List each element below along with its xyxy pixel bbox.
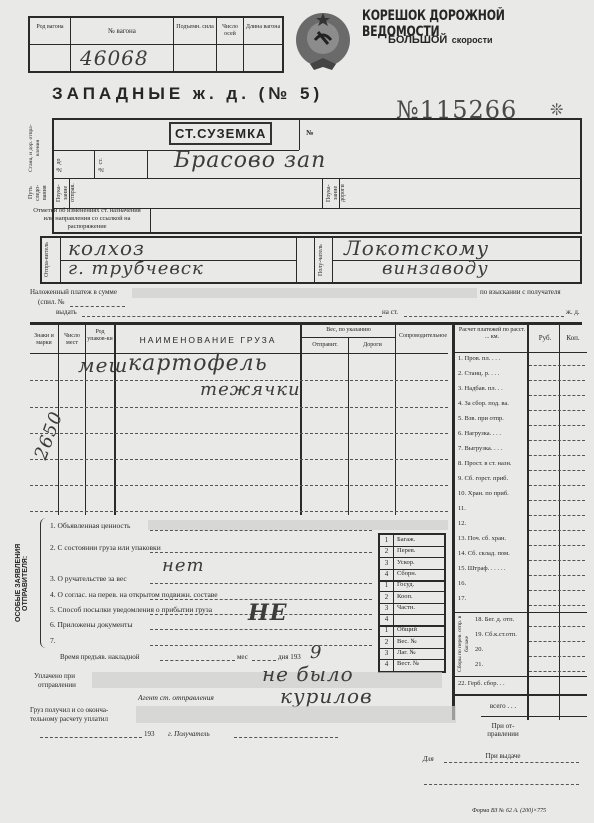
road-instruction-label: Поука-зание дороги — [326, 180, 347, 206]
path-label: Путь следо-вания — [28, 178, 49, 208]
agent-signature-2[interactable]: курилов — [280, 684, 373, 708]
asterisk-mark-icon: ❊ — [550, 100, 563, 120]
charge-amount-field[interactable] — [529, 425, 585, 426]
cargo-name-value[interactable]: картофель — [128, 351, 268, 376]
grid-row-number[interactable]: 1 — [380, 581, 393, 589]
charges-kop-header: Коп. — [561, 335, 585, 342]
charge-item-label: 7. Выгрузка. . . . — [458, 445, 502, 452]
paid-at-departure-label-1: Уплачено при — [34, 672, 75, 680]
places-header: Число мест — [59, 333, 85, 347]
recipient-label: г. Получатель — [168, 730, 210, 738]
presentation-year-value[interactable]: 9 — [310, 642, 322, 663]
baggage-fee-label: 20. — [475, 646, 483, 653]
cod-issue-label: выдать — [56, 308, 77, 316]
grid-row-number[interactable]: 3 — [380, 649, 393, 657]
wagon-number-header: № вагона — [72, 28, 172, 35]
charge-amount-field[interactable] — [529, 575, 585, 576]
receipt-year-label: 193 — [144, 730, 155, 738]
packing-header: Род упаков-ки — [86, 329, 114, 343]
charge-amount-field[interactable] — [529, 560, 585, 561]
charges-distance-header: Расчет платежей по расст. ... км. — [457, 327, 527, 341]
stamp-fee-label: 22. Герб. сбор. . . — [458, 680, 505, 687]
charge-amount-field[interactable] — [529, 530, 585, 531]
charge-item-label: 16. — [458, 580, 466, 587]
grid-row-number[interactable]: 4 — [380, 660, 393, 668]
document-subtitle: БОЛЬШОЙ скорости — [388, 30, 493, 48]
charge-item-label: 14. Сб. склад. пом. — [458, 550, 510, 557]
grid-row-label: Перев. — [397, 547, 415, 554]
paid-at-departure-label-2: отправлении — [38, 681, 76, 689]
grid-row-number[interactable]: 3 — [380, 604, 393, 612]
wagon-table: Род вагона № вагона Подъемн. сила Число … — [28, 16, 284, 73]
special-declaration-field[interactable] — [150, 530, 372, 531]
grid-row-label: Ускор. — [397, 559, 415, 566]
presentation-month-label: мес — [237, 653, 248, 661]
special-declaration-item: 3. О ручательстве за вес — [50, 574, 127, 583]
final-payment-field[interactable] — [136, 706, 456, 723]
receiver-label: Полу-чатель — [318, 240, 325, 280]
charge-item-label: 8. Прост. в ст. назн. — [458, 460, 512, 467]
charge-item-label: 9. Сб. горст. приб. — [458, 475, 508, 482]
charge-amount-field[interactable] — [529, 671, 585, 672]
charge-amount-field[interactable] — [529, 365, 585, 366]
sender-receiver-block: Отпра-витель Полу-чатель колхоз г. трубч… — [40, 236, 582, 284]
charge-amount-field[interactable] — [529, 545, 585, 546]
special-declaration-item: 5. Способ посылки уведомления о прибытии… — [50, 605, 212, 614]
grid-row-number[interactable]: 3 — [380, 559, 393, 567]
wagon-type-header: Род вагона — [32, 24, 68, 31]
charge-item-label: 10. Хран. по приб. — [458, 490, 509, 497]
cargo-name-header: НАИМЕНОВАНИЕ ГРУЗА — [116, 335, 300, 345]
charges-rub-header: Руб. — [531, 335, 559, 342]
charge-amount-field[interactable] — [529, 395, 585, 396]
charge-amount-field[interactable] — [529, 641, 585, 642]
charge-amount-field[interactable] — [529, 440, 585, 441]
receiver-address[interactable]: винзаводу — [382, 258, 489, 279]
cod-collect-label: по взыскании с получателя — [480, 288, 561, 296]
weight-sender-header: Отправит. — [302, 342, 348, 349]
cargo-table: Знаки и марки Число мест Род упаков-ки Н… — [30, 325, 450, 515]
charge-amount-field[interactable] — [529, 626, 585, 627]
charge-amount-field[interactable] — [529, 455, 585, 456]
charge-item-label: 3. Надбав. пл. . . — [458, 385, 503, 392]
cod-railway-label: ж. д. — [566, 308, 580, 316]
grid-row-label: Вест. № — [397, 660, 419, 667]
received-label-1: Груз получил и со оконча- — [30, 706, 108, 714]
agent-signature-1[interactable]: не было — [262, 662, 354, 686]
grid-row-number[interactable]: 1 — [380, 536, 393, 544]
charge-item-label: 13. Поч. сб. хран. — [458, 535, 506, 542]
grid-row-number[interactable]: 2 — [380, 593, 393, 601]
sender-address[interactable]: г. трубчевск — [68, 258, 204, 279]
grid-row-label: Общий — [397, 626, 417, 633]
charge-item-label: 17. — [458, 595, 466, 602]
special-declarations-label: ОСОБЫЕ ЗАЯВЛЕНИЯ ОТПРАВИТЕЛЯ: — [15, 518, 29, 648]
charge-amount-field[interactable] — [529, 485, 585, 486]
grid-row-label: Лаг. № — [397, 649, 416, 656]
special-declaration-item: 4. О соглас. на перев. на открытом подви… — [50, 590, 218, 599]
station-number-label: № — [306, 128, 314, 137]
special-declaration-item: 7. — [50, 636, 56, 645]
charge-amount-field[interactable] — [529, 500, 585, 501]
cod-amount-label: Наложенный платеж в сумме — [30, 288, 117, 296]
charge-item-label: 6. Нагрузка. . . . — [458, 430, 501, 437]
charge-item-label: 1. Пров. пл. . . . — [458, 355, 500, 362]
subtitle-bold: БОЛЬШОЙ — [388, 34, 447, 46]
grid-row-label: Багаж. — [397, 536, 415, 543]
cargo-packing-value[interactable]: меш — [78, 353, 128, 377]
baggage-fee-label: 18. Бег. д. отп. — [475, 616, 514, 623]
sender-label: Отпра-витель — [44, 240, 51, 280]
axle-count-header: Число осей — [217, 24, 243, 38]
grid-row-number[interactable]: 4 — [380, 615, 393, 623]
charge-item-label: 15. Штраф. . . . . . — [458, 565, 505, 572]
charge-amount-field[interactable] — [529, 410, 585, 411]
route-changes-label: Отметки об изменениях ст. назначения или… — [28, 207, 146, 231]
special-declaration-field[interactable] — [150, 583, 372, 584]
marks-header: Знаки и марки — [30, 333, 58, 347]
grid-row-label: Госуд. — [397, 581, 414, 588]
lifting-capacity-header: Подъемн. сила — [175, 24, 215, 31]
special-declaration-field[interactable] — [150, 645, 372, 646]
special-declaration-field[interactable] — [150, 629, 372, 630]
presentation-day-label: дня 193 — [278, 653, 301, 661]
dest-no-label: № до — [56, 154, 63, 176]
sender-name[interactable]: колхоз — [68, 236, 145, 260]
cargo-name-value-2[interactable]: тежячки — [200, 379, 301, 400]
baggage-fees-label: Сборы по перев. отпр. в багаже — [457, 614, 471, 674]
margin-note[interactable]: 2650 — [31, 409, 68, 463]
grid-row-number[interactable]: 4 — [380, 570, 393, 578]
charge-amount-field[interactable] — [529, 470, 585, 471]
destination-station[interactable]: Брасово зап — [174, 148, 326, 173]
wagon-length-header: Длина вагона — [244, 24, 282, 31]
subtitle-rest: скорости — [452, 35, 493, 45]
charge-item-label: 11. — [458, 505, 466, 512]
received-label-2: тельному расчету уплатил — [30, 715, 108, 723]
for-field[interactable] — [444, 762, 579, 763]
charge-amount-field[interactable] — [529, 656, 585, 657]
weight-guarantee-value[interactable]: нет — [162, 555, 205, 576]
charge-item-label: 2. Станц. р. . . . — [458, 370, 499, 377]
wagon-number-value[interactable]: 46068 — [80, 46, 149, 70]
total-label: всего . . . — [481, 702, 525, 710]
weight-header: Вес, по указанию — [302, 327, 395, 334]
documents-value[interactable]: НЕ — [248, 600, 288, 626]
cod-receipt-label: (спил. № — [38, 298, 65, 306]
departure-station-stamp: СТ.СУЗЕМКА — [169, 122, 272, 145]
shipment-type-grid: 1Багаж.2Перев.3Ускор.4Сборн.1Госуд.2Кооп… — [378, 533, 446, 673]
charge-amount-field[interactable] — [529, 590, 585, 591]
grid-row-number[interactable]: 1 — [380, 626, 393, 634]
grid-row-label: Кооп. — [397, 593, 413, 600]
grid-row-label: Вес. № — [397, 638, 417, 645]
baggage-fee-label: 21. — [475, 661, 483, 668]
at-delivery-label: При выдаче — [481, 752, 525, 760]
accompanying-header: Сопроводительное — [397, 333, 449, 340]
baggage-fee-label: 19. Сб.к.ст.отп. — [475, 631, 517, 638]
dest-station-label: № ст. — [98, 154, 105, 176]
charge-amount-field[interactable] — [529, 605, 585, 606]
agent-label: Агент ст. отправления — [138, 693, 214, 702]
grid-row-label: Частн. — [397, 604, 415, 611]
special-declaration-item: 6. Приложены документы — [50, 620, 133, 629]
grid-row-label: Сборн. — [397, 570, 416, 577]
charge-amount-field[interactable] — [529, 380, 585, 381]
special-declaration-item: 1. Объявленная ценность — [50, 521, 130, 530]
special-declaration-field[interactable] — [150, 552, 372, 553]
special-declaration-item: 2. С состоянии груза или упаковки — [50, 543, 161, 552]
charge-item-label: 12. — [458, 520, 466, 527]
path-instruction-label: Поука-зание отправ. — [56, 180, 77, 206]
charge-amount-field[interactable] — [529, 515, 585, 516]
ussr-emblem-icon — [292, 10, 354, 74]
grid-row-number[interactable]: 2 — [380, 547, 393, 555]
at-departure-label: При от-правлении — [481, 722, 525, 738]
for-label: Для — [423, 755, 434, 763]
presentation-time-label: Время предъяв. накладной — [60, 653, 140, 661]
railway-name: ЗАПАДНЫЕ ж. д. (№ 5) — [52, 84, 323, 104]
form-code: Форма ВЗ № 62 А. (200)×775 — [472, 808, 546, 814]
grid-row-number[interactable]: 2 — [380, 638, 393, 646]
charge-item-label: 4. За сбор. под. ва. — [458, 400, 509, 407]
charge-item-label: 5. Взв. при отпр. — [458, 415, 504, 422]
cod-station-label: на ст. — [382, 308, 398, 316]
receiver-name[interactable]: Локотскому — [344, 236, 489, 260]
charges-table: Расчет платежей по расст. ... км. Руб. К… — [452, 325, 587, 720]
station-departure-label: Станц. и дор. отпра-вления — [28, 120, 42, 176]
cod-amount-field[interactable] — [132, 288, 477, 298]
special-brace — [40, 518, 47, 648]
weight-railway-header: Дороги — [350, 342, 395, 349]
